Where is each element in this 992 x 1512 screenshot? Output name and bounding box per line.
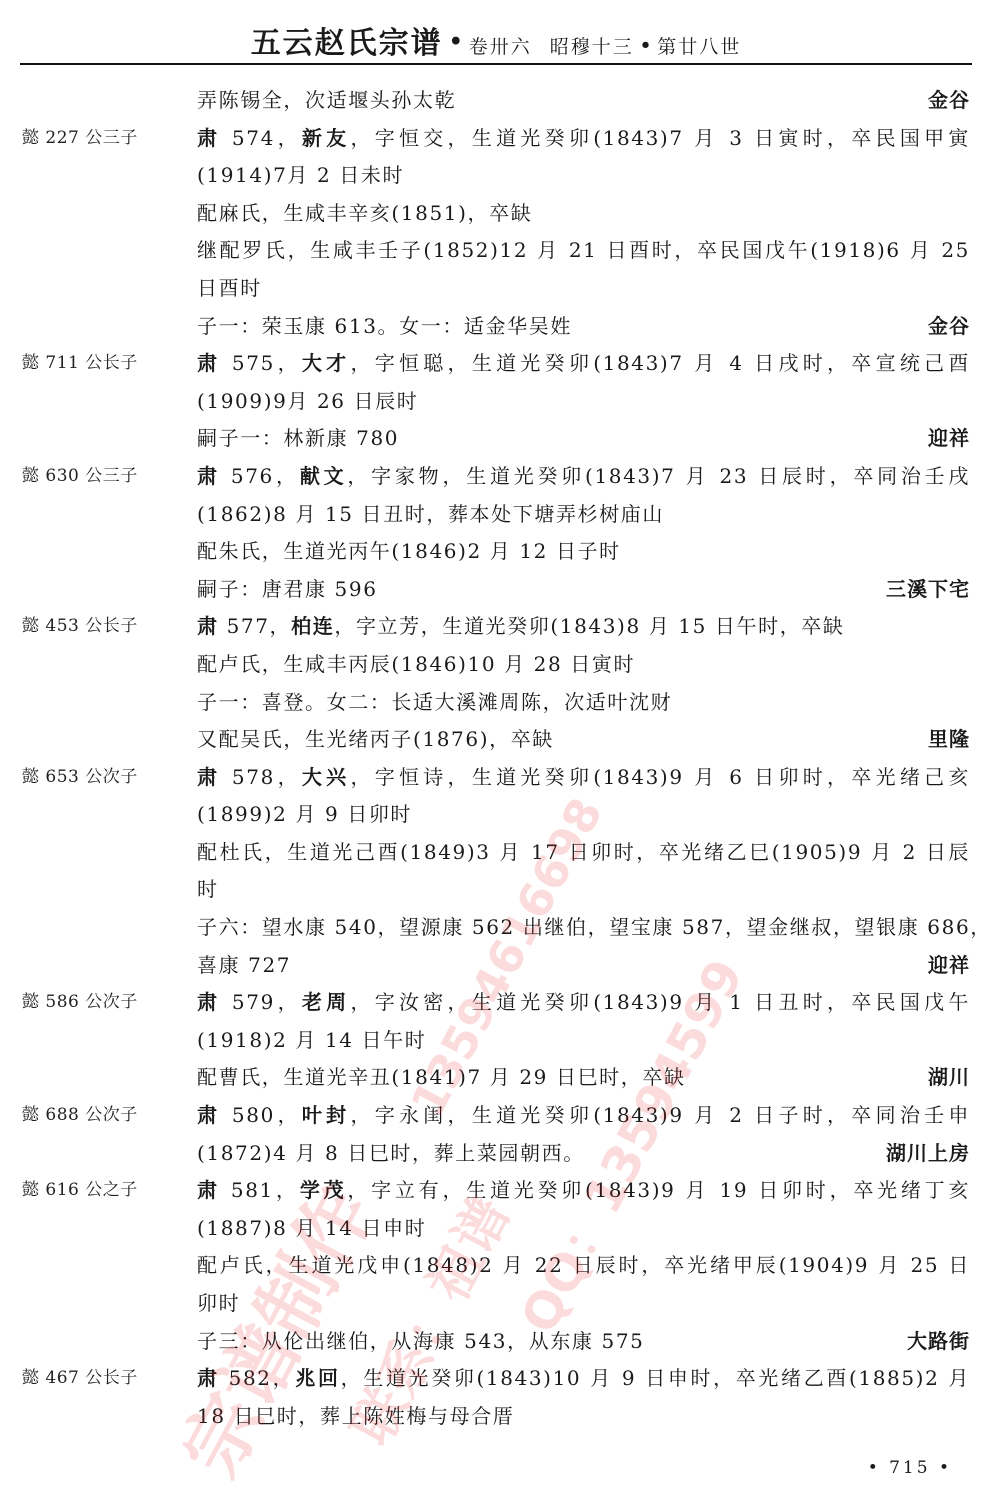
separator-dot: • <box>449 29 463 55</box>
entry-text: 子一：荣玉康 613。女一：适金华吴姓 <box>197 308 572 346</box>
book-title: 五云赵氏宗谱 <box>251 26 443 61</box>
entry-line: 配麻氏，生咸丰辛亥(1851)，卒缺 <box>0 195 992 233</box>
entry-text: 肃 579，老周，字汝密，生道光癸卯(1843)9 月 1 日丑时，卒民国戊午 <box>197 984 970 1022</box>
residence-location: 大路街 <box>907 1323 970 1361</box>
entry-first-line: 懿 467 公长子肃 582，兆回，生道光癸卯(1843)10 月 9 日申时，… <box>0 1360 992 1398</box>
page-number: • 715 • <box>868 1458 952 1478</box>
parent-reference: 懿 467 公长子 <box>22 1360 138 1398</box>
entry-first-line: 懿 227 公三子肃 574，新友，字恒交，生道光癸卯(1843)7 月 3 日… <box>0 120 992 158</box>
residence-location: 金谷 <box>928 82 970 120</box>
entry-text: (1914)7月 2 日未时 <box>197 157 404 195</box>
entry-line: (1918)2 月 14 日午时 <box>0 1022 992 1060</box>
residence-location: 金谷 <box>928 308 970 346</box>
entry-text: (1862)8 月 15 日丑时，葬本处下塘弄杉树庙山 <box>197 496 664 534</box>
entry-text: (1918)2 月 14 日午时 <box>197 1022 426 1060</box>
entry-text: 肃 577，柏连，字立芳，生道光癸卯(1843)8 月 15 日午时，卒缺 <box>197 608 845 646</box>
residence-location: 迎祥 <box>928 420 970 458</box>
residence-location: 三溪下宅 <box>886 571 970 609</box>
entry-line: 卯时 <box>0 1285 992 1323</box>
genealogy-entries: 弄陈锡全，次适堰头孙太乾金谷懿 227 公三子肃 574，新友，字恒交，生道光癸… <box>0 82 992 1435</box>
residence-location: 里隆 <box>928 721 970 759</box>
parent-reference: 懿 711 公长子 <box>22 345 138 383</box>
generation-label: 第廿八世 <box>657 36 741 58</box>
entry-first-line: 懿 630 公三子肃 576，献文，字家物，生道光癸卯(1843)7 月 23 … <box>0 458 992 496</box>
header-rule <box>20 63 972 65</box>
entry-first-line: 懿 586 公次子肃 579，老周，字汝密，生道光癸卯(1843)9 月 1 日… <box>0 984 992 1022</box>
parent-reference: 懿 653 公次子 <box>22 759 138 797</box>
entry-text: 子三：从伦出继伯，从海康 543，从东康 575 <box>197 1323 644 1361</box>
entry-line: 嗣子一：林新康 780迎祥 <box>0 420 992 458</box>
parent-reference: 懿 227 公三子 <box>22 120 138 158</box>
entry-text: (1887)8 月 14 日申时 <box>197 1210 426 1248</box>
entry-line: 弄陈锡全，次适堰头孙太乾金谷 <box>0 82 992 120</box>
entry-text: (1872)4 月 8 日巳时，葬上菜园朝西。 <box>197 1135 585 1173</box>
entry-text: 18 日巳时，葬上陈姓梅与母合厝 <box>197 1398 514 1436</box>
entry-text: 肃 581，学茂，字立有，生道光癸卯(1843)9 月 19 日卯时，卒光绪丁亥 <box>197 1172 970 1210</box>
entry-text: 又配吴氏，生光绪丙子(1876)，卒缺 <box>197 721 554 759</box>
entry-line: (1899)2 月 9 日卯时 <box>0 796 992 834</box>
residence-location: 迎祥 <box>928 947 970 985</box>
entry-text: 卯时 <box>197 1285 240 1323</box>
entry-line: (1909)9月 26 日辰时 <box>0 383 992 421</box>
entry-line: (1914)7月 2 日未时 <box>0 157 992 195</box>
residence-location: 湖川 <box>928 1059 970 1097</box>
entry-text: 肃 574，新友，字恒交，生道光癸卯(1843)7 月 3 日寅时，卒民国甲寅 <box>197 120 970 158</box>
separator-dot: • <box>640 35 652 56</box>
entry-line: 继配罗氏，生咸丰壬子(1852)12 月 21 日酉时，卒民国戊午(1918)6… <box>0 232 992 270</box>
entry-text: 肃 578，大兴，字恒诗，生道光癸卯(1843)9 月 6 日卯时，卒光绪己亥 <box>197 759 970 797</box>
volume-label: 卷卅六 <box>469 36 532 58</box>
entry-text: 配曹氏，生道光辛丑(1841)7 月 29 日巳时，卒缺 <box>197 1059 686 1097</box>
entry-line: 日酉时 <box>0 270 992 308</box>
section-label: 昭穆十三 <box>550 36 634 58</box>
entry-line: (1872)4 月 8 日巳时，葬上菜园朝西。湖川上房 <box>0 1135 992 1173</box>
entry-line: 配卢氏，生道光戊申(1848)2 月 22 日辰时，卒光绪甲辰(1904)9 月… <box>0 1247 992 1285</box>
entry-line: 18 日巳时，葬上陈姓梅与母合厝 <box>0 1398 992 1436</box>
entry-text: 嗣子：唐君康 596 <box>197 571 378 609</box>
entry-line: 子六：望水康 540，望源康 562 出继伯，望宝康 587，望金继叔，望银康 … <box>0 909 992 947</box>
entry-line: 时 <box>0 871 992 909</box>
entry-line: 子一：荣玉康 613。女一：适金华吴姓金谷 <box>0 308 992 346</box>
entry-text: 肃 575，大才，字恒聪，生道光癸卯(1843)7 月 4 日戌时，卒宣统己酉 <box>197 345 970 383</box>
parent-reference: 懿 630 公三子 <box>22 458 138 496</box>
entry-text: 配卢氏，生道光戊申(1848)2 月 22 日辰时，卒光绪甲辰(1904)9 月… <box>197 1247 970 1285</box>
entry-line: 配曹氏，生道光辛丑(1841)7 月 29 日巳时，卒缺湖川 <box>0 1059 992 1097</box>
entry-line: 子一：喜登。女二：长适大溪滩周陈，次适叶沈财 <box>0 684 992 722</box>
entry-line: (1862)8 月 15 日丑时，葬本处下塘弄杉树庙山 <box>0 496 992 534</box>
parent-reference: 懿 616 公之子 <box>22 1172 138 1210</box>
entry-text: 喜康 727 <box>197 947 291 985</box>
parent-reference: 懿 453 公长子 <box>22 608 138 646</box>
entry-first-line: 懿 711 公长子肃 575，大才，字恒聪，生道光癸卯(1843)7 月 4 日… <box>0 345 992 383</box>
entry-text: 继配罗氏，生咸丰壬子(1852)12 月 21 日酉时，卒民国戊午(1918)6… <box>197 232 970 270</box>
entry-line: 喜康 727迎祥 <box>0 947 992 985</box>
entry-text: 肃 582，兆回，生道光癸卯(1843)10 月 9 日申时，卒光绪乙酉(188… <box>197 1360 970 1398</box>
entry-text: 肃 576，献文，字家物，生道光癸卯(1843)7 月 23 日辰时，卒同治壬戌 <box>197 458 970 496</box>
entry-first-line: 懿 616 公之子肃 581，学茂，字立有，生道光癸卯(1843)9 月 19 … <box>0 1172 992 1210</box>
entry-text: 配朱氏，生道光丙午(1846)2 月 12 日子时 <box>197 533 621 571</box>
entry-text: 子六：望水康 540，望源康 562 出继伯，望宝康 587，望金继叔，望银康 … <box>197 909 970 947</box>
entry-text: 弄陈锡全，次适堰头孙太乾 <box>197 82 456 120</box>
entry-first-line: 懿 453 公长子肃 577，柏连，字立芳，生道光癸卯(1843)8 月 15 … <box>0 608 992 646</box>
entry-text: 日酉时 <box>197 270 262 308</box>
entry-text: 肃 580，叶封，字永闺，生道光癸卯(1843)9 月 2 日子时，卒同治壬申 <box>197 1097 970 1135</box>
entry-text: 配杜氏，生道光己酉(1849)3 月 17 日卯时，卒光绪乙巳(1905)9 月… <box>197 834 970 872</box>
entry-text: 时 <box>197 871 219 909</box>
entry-text: (1909)9月 26 日辰时 <box>197 383 418 421</box>
entry-line: (1887)8 月 14 日申时 <box>0 1210 992 1248</box>
entry-text: 嗣子一：林新康 780 <box>197 420 399 458</box>
entry-first-line: 懿 688 公次子肃 580，叶封，字永闺，生道光癸卯(1843)9 月 2 日… <box>0 1097 992 1135</box>
entry-line: 配卢氏，生咸丰丙辰(1846)10 月 28 日寅时 <box>0 646 992 684</box>
entry-text: (1899)2 月 9 日卯时 <box>197 796 412 834</box>
entry-line: 配朱氏，生道光丙午(1846)2 月 12 日子时 <box>0 533 992 571</box>
entry-text: 子一：喜登。女二：长适大溪滩周陈，次适叶沈财 <box>197 684 672 722</box>
entry-text: 配卢氏，生咸丰丙辰(1846)10 月 28 日寅时 <box>197 646 635 684</box>
entry-line: 嗣子：唐君康 596三溪下宅 <box>0 571 992 609</box>
entry-text: 配麻氏，生咸丰辛亥(1851)，卒缺 <box>197 195 532 233</box>
page-header: 五云赵氏宗谱•卷卅六昭穆十三•第廿八世 <box>0 18 992 62</box>
entry-line: 又配吴氏，生光绪丙子(1876)，卒缺里隆 <box>0 721 992 759</box>
entry-line: 配杜氏，生道光己酉(1849)3 月 17 日卯时，卒光绪乙巳(1905)9 月… <box>0 834 992 872</box>
parent-reference: 懿 586 公次子 <box>22 984 138 1022</box>
entry-first-line: 懿 653 公次子肃 578，大兴，字恒诗，生道光癸卯(1843)9 月 6 日… <box>0 759 992 797</box>
entry-line: 子三：从伦出继伯，从海康 543，从东康 575大路街 <box>0 1323 992 1361</box>
residence-location: 湖川上房 <box>886 1135 970 1173</box>
parent-reference: 懿 688 公次子 <box>22 1097 138 1135</box>
